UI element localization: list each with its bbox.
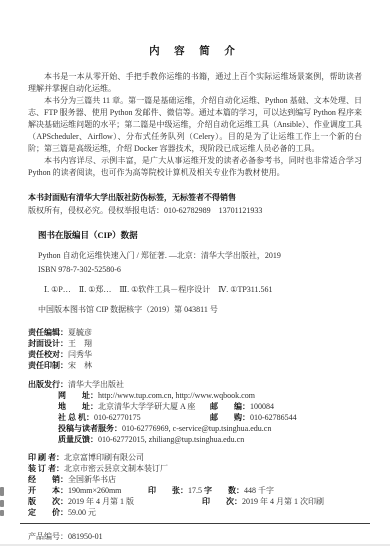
copyright-infringement-line: 版权所有，侵权必究。侵权举报电话：010-62782989 1370112193…: [28, 205, 362, 217]
distributor-name: 全国新华书店: [68, 474, 116, 485]
publisher-name: 清华大学出版社: [68, 379, 124, 390]
edition-label: 版 次：: [28, 496, 68, 507]
publisher-label: 出版发行：: [28, 379, 68, 390]
reader-service-contact: 010-62776969, c-service@tup.tsinghua.edu…: [122, 423, 271, 434]
postcode: 邮 编： 100084: [210, 401, 274, 412]
website-row: 网 址： http://www.tup.com.cn, http://www.w…: [58, 390, 362, 401]
switchboard-label: 社 总 机：: [58, 412, 94, 423]
edition-row: 版 次： 2019 年 4 月第 1 版 印 次： 2019 年 4 月第 1 …: [28, 496, 362, 507]
binder-label: 装 订 者：: [28, 463, 64, 474]
word-count: 字 数： 448 千字: [204, 485, 274, 496]
cip-block: 图书在版编目（CIP）数据 Python 自动化运维快速入门 / 郑征著. —北…: [38, 229, 362, 316]
proofreader-row: 责任校对： 闫秀华: [28, 349, 362, 360]
editor-row: 责任编辑： 夏毓彦: [28, 327, 362, 338]
publisher-row: 出版发行： 清华大学出版社: [28, 379, 362, 390]
address-row: 地 址： 北京清华大学学研大厦 A 座 邮 编： 100084: [58, 401, 362, 412]
distributor-row: 经 销： 全国新华书店: [28, 474, 362, 485]
distributor-label: 经 销：: [28, 474, 68, 485]
cover-design-row: 封面设计： 王 翔: [28, 338, 362, 349]
cip-heading: 图书在版编目（CIP）数据: [38, 229, 362, 242]
editor-name: 夏毓彦: [68, 327, 92, 338]
switchboard-row: 社 总 机： 010-62770175 邮 购： 010-62786544: [58, 412, 362, 423]
production-block: 印 刷 者： 北京富博印刷有限公司 装 订 者： 北京市密云县京文制本装订厂 经…: [28, 452, 362, 518]
price-row: 定 价： 59.00 元: [28, 507, 362, 518]
print-supervisor-label: 责任印制：: [28, 360, 68, 371]
binder-name: 北京市密云县京文制本装订厂: [64, 463, 168, 474]
proofreader-name: 闫秀华: [68, 349, 92, 360]
divider-rule: [20, 523, 370, 524]
address-value: 北京清华大学学研大厦 A 座: [98, 401, 195, 412]
printer-row: 印 刷 者： 北京富博印刷有限公司: [28, 452, 362, 463]
summary-paragraph-3: 本书内容详尽、示例丰富，是广大从事运维开发的读者必备参考书，同时也非常适合学习 …: [28, 155, 362, 179]
mail-order: 邮 购： 010-62786544: [210, 412, 297, 423]
format-row: 开 本： 190mm×260mm 印 张： 17.5 字 数： 448 千字: [28, 485, 362, 496]
switchboard-phone: 010-62770175: [94, 412, 141, 423]
editor-label: 责任编辑：: [28, 327, 68, 338]
scan-artifact: [0, 510, 4, 516]
sheets: 印 张： 17.5: [148, 485, 204, 496]
print-supervisor-name: 宋 林: [68, 360, 92, 371]
copyright-page: 内 容 简 介 本书是一本从零开始、手把手教你运维的书籍，通过上百个实际运维场景…: [0, 0, 390, 546]
isbn: ISBN 978-7-302-52580-6: [38, 263, 362, 277]
website-urls: http://www.tup.com.cn, http://www.wqbook…: [98, 390, 255, 401]
content-summary: 本书是一本从零开始、手把手教你运维的书籍，通过上百个实际运维场景案例，帮助读者理…: [28, 71, 362, 179]
publisher-block: 出版发行： 清华大学出版社 网 址： http://www.tup.com.cn…: [28, 379, 362, 445]
quality-feedback-row: 质量反馈： 010-62772015, zhiliang@tup.tsinghu…: [58, 434, 362, 445]
cip-classification: Ⅰ. ①P… Ⅱ. ①郑… Ⅲ. ①软件工具－程序设计 Ⅳ. ①TP311.56…: [44, 284, 362, 296]
anti-piracy-notice: 本书封面贴有清华大学出版社防伪标签，无标签者不得销售: [28, 192, 362, 204]
reader-service-label: 投稿与读者服务：: [58, 423, 122, 434]
impression: 印 次： 2019 年 4 月第 1 次印刷: [202, 496, 324, 507]
summary-paragraph-1: 本书是一本从零开始、手把手教你运维的书籍，通过上百个实际运维场景案例，帮助读者理…: [28, 71, 362, 95]
product-number-row: 产品编号： 081950-01: [28, 531, 362, 542]
cover-design-label: 封面设计：: [28, 338, 68, 349]
binder-row: 装 订 者： 北京市密云县京文制本装订厂: [28, 463, 362, 474]
print-supervisor-row: 责任印制： 宋 林: [28, 360, 362, 371]
summary-paragraph-2: 本书分为三篇共 11 章。第一篇是基础运维，介绍自动化运维、Python 基础、…: [28, 95, 362, 155]
address-label: 地 址：: [58, 401, 98, 412]
product-number-label: 产品编号：: [28, 531, 68, 542]
product-number-value: 081950-01: [68, 531, 103, 542]
quality-feedback-contact: 010-62772015, zhiliang@tup.tsinghua.edu.…: [98, 434, 244, 445]
format-label: 开 本：: [28, 485, 68, 496]
proofreader-label: 责任校对：: [28, 349, 68, 360]
scan-artifact: [0, 500, 4, 507]
website-label: 网 址：: [58, 390, 98, 401]
quality-feedback-label: 质量反馈：: [58, 434, 98, 445]
cover-design-name: 王 翔: [68, 338, 92, 349]
reader-service-row: 投稿与读者服务： 010-62776969, c-service@tup.tsi…: [58, 423, 362, 434]
printer-name: 北京富博印刷有限公司: [64, 452, 144, 463]
edition-value: 2019 年 4 月第 1 版: [68, 496, 134, 507]
cip-record: Python 自动化运维快速入门 / 郑征著. —北京：清华大学出版社，2019: [38, 249, 362, 263]
scan-artifact: [0, 487, 4, 496]
format-value: 190mm×260mm: [68, 485, 121, 496]
price-value: 59.00 元: [68, 507, 96, 518]
price-label: 定 价：: [28, 507, 68, 518]
printer-label: 印 刷 者：: [28, 452, 64, 463]
cip-registry-number: 中国版本图书馆 CIP 数据核字（2019）第 043811 号: [38, 304, 362, 316]
staff-block: 责任编辑： 夏毓彦 封面设计： 王 翔 责任校对： 闫秀华 责任印制： 宋 林: [28, 327, 362, 371]
content-summary-title: 内 容 简 介: [28, 44, 362, 60]
